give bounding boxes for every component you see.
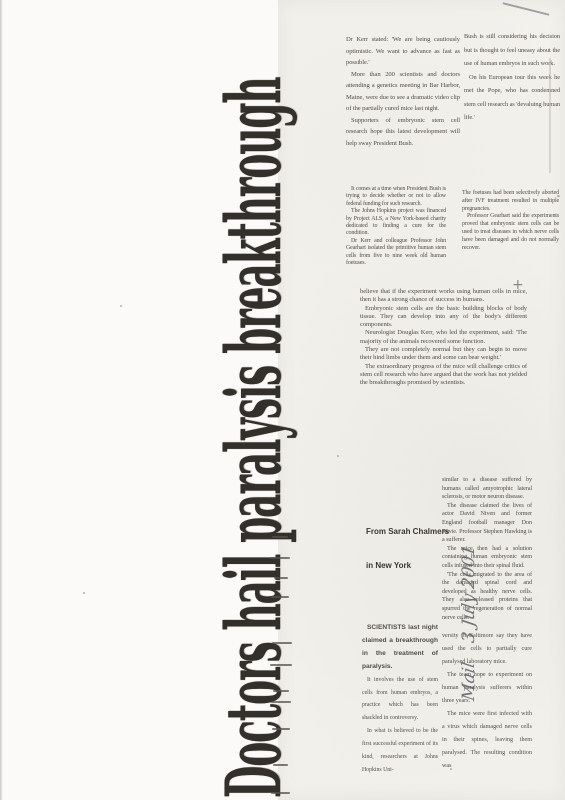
scan-speck	[120, 305, 122, 307]
scrapbook-page: Doctors hail paralysis breakthrough Dr K…	[0, 0, 565, 800]
byline: From Sarah Chalmers in New York	[366, 527, 450, 571]
scan-edge-shadow	[0, 0, 3, 800]
scan-speck	[450, 768, 452, 770]
handwritten-annotation: Mail 3 July 2001	[500, 510, 560, 705]
article-column-top-2: Bush is still considering his decision b…	[464, 30, 560, 125]
article-column-top-1: Dr Kerr stated: 'We are being cautiously…	[346, 34, 460, 149]
plus-pen-mark-icon: +	[512, 278, 526, 292]
byline-author: From Sarah Chalmers	[366, 527, 450, 537]
rotated-headline: Doctors hail paralysis breakthrough	[214, 42, 294, 798]
handwriting-publication: Mail	[459, 661, 479, 702]
scan-speck	[83, 592, 85, 594]
article-column-bottom-1: SCIENTISTS last night claimed a breakthr…	[362, 622, 438, 777]
scan-speck	[337, 455, 339, 457]
paper-crease	[549, 58, 551, 173]
rotated-handwriting: Mail 3 July 2001	[440, 502, 500, 705]
article-column-mid-wide: believe that if the experiment works usi…	[360, 288, 527, 388]
article-intro: SCIENTISTS last night claimed a breakthr…	[362, 622, 438, 674]
article-column-mid-2: The foetuses had been selectively aborte…	[462, 190, 559, 252]
handwriting-date: 3 July 2001	[459, 544, 479, 645]
byline-location: in New York	[366, 561, 450, 571]
article-column-mid-1: It comes at a time when President Bush i…	[346, 186, 446, 267]
scan-speck	[557, 195, 560, 197]
